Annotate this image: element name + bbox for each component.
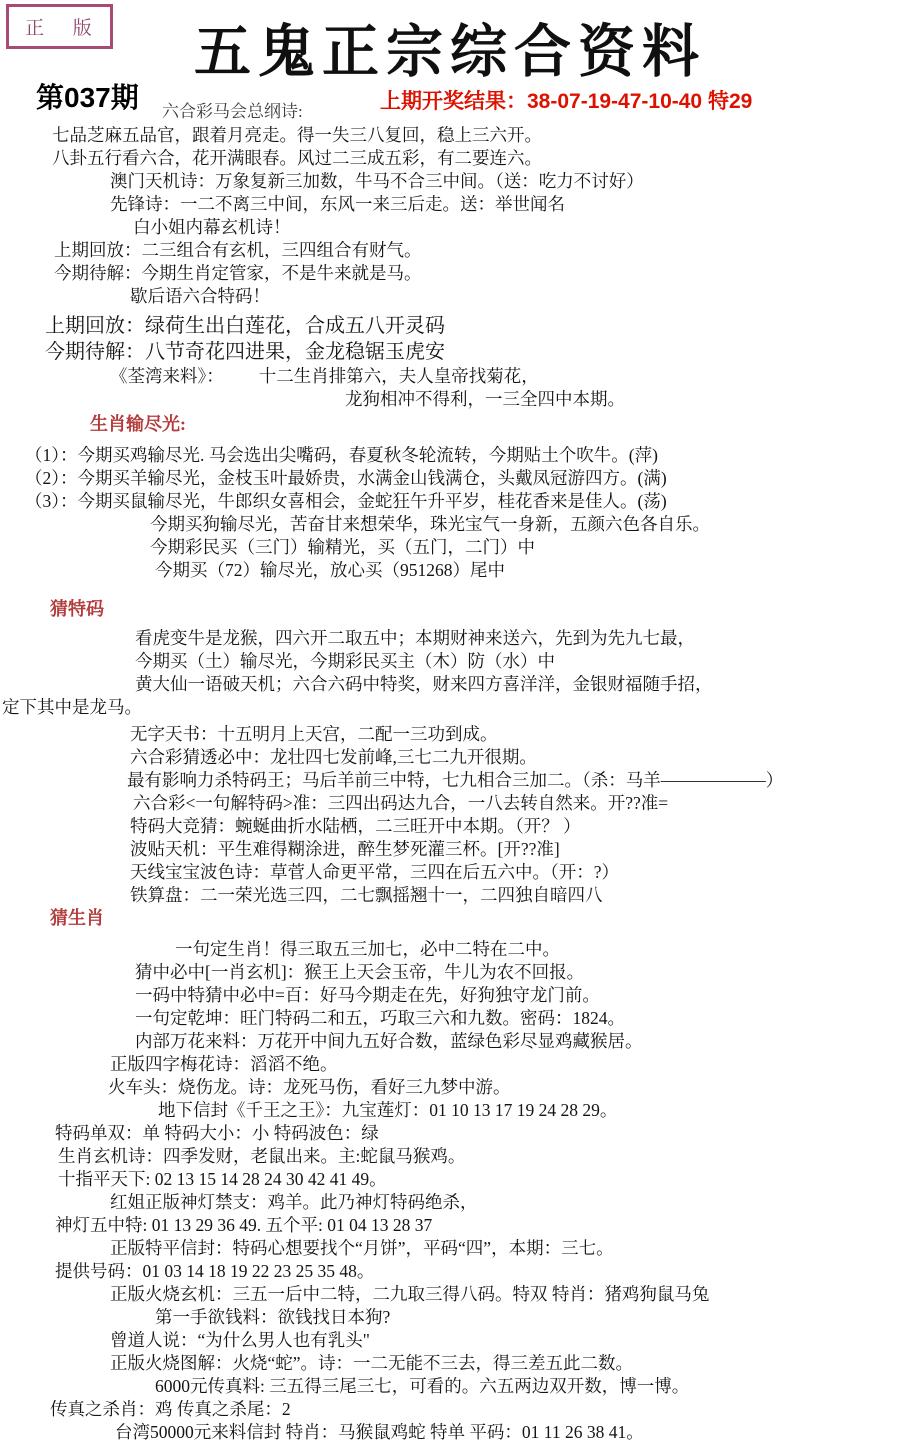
text-line: 正版四字梅花诗：滔滔不绝。 [0, 1053, 900, 1076]
text-line: 上期回放：绿荷生出白莲花，合成五八开灵码 [0, 313, 900, 339]
text-line: 十指平天下: 02 13 15 14 28 24 30 42 41 49。 [0, 1168, 900, 1191]
content-lines: 七品芝麻五品官，跟着月亮走。得一失三八复回，稳上三六开。八卦五行看六合，花开满眼… [0, 124, 900, 1444]
text-line: 一码中特猜中必中=百：好马今期走在先，好狗独守龙门前。 [0, 984, 900, 1007]
text-line: 今期买（72）输尽光，放心买（951268）尾中 [0, 559, 900, 582]
text-line: 最有影响力杀特码王；马后羊前三中特，七九相合三加二。（杀：马羊——————） [0, 769, 900, 792]
text-line: 看虎变牛是龙猴，四六开二取五中；本期财神来送六，先到为先九七最， [0, 627, 900, 650]
text-line: 特码单双：单 特码大小：小 特码波色：绿 [0, 1122, 900, 1145]
text-line: 六合彩<一句解特码>准：三四出码达九合，一八去转自然来。开??准= [0, 792, 900, 815]
text-line: 黄大仙一语破天机；六合六码中特奖，财来四方喜洋洋，金银财福随手招， [0, 673, 900, 696]
text-line: 生肖玄机诗：四季发财，老鼠出来。主:蛇鼠马猴鸡。 [0, 1145, 900, 1168]
text-line: 提供号码：01 03 14 18 19 22 23 25 35 48。 [0, 1260, 900, 1283]
text-line: （3）：今期买鼠输尽光，牛郎织女喜相会，金蛇狂午升平岁，桂花香来是佳人。(荡) [0, 490, 900, 513]
text-line: 地下信封《千王之王》：九宝莲灯：01 10 13 17 19 24 28 29。 [0, 1099, 900, 1122]
text-line: 一句定乾坤：旺门特码二和五，巧取三六和九数。密码：1824。 [0, 1007, 900, 1030]
text-line: 白小姐内幕玄机诗！ [0, 216, 900, 239]
text-line: （2）：今期买羊输尽光，金枝玉叶最娇贵，水满金山钱满仓，头戴凤冠游四方。(满) [0, 467, 900, 490]
page-title: 五鬼正宗综合资料 [194, 6, 706, 88]
text-line: 七品芝麻五品官，跟着月亮走。得一失三八复回，稳上三六开。 [0, 124, 900, 147]
text-line: 一句定生肖！得三取五三加七，必中二特在二中。 [0, 938, 900, 961]
last-draw-result: 上期开奖结果：38-07-19-47-10-40 特29 [380, 85, 752, 115]
text-line: 先锋诗：一二不离三中间，东风一来三后走。送：举世闻名 [0, 193, 900, 216]
section-heading: 生肖输尽光: [0, 413, 900, 436]
text-line: 今期买（土）输尽光，今期彩民买主（木）防（水）中 [0, 650, 900, 673]
text-line: 红姐正版神灯禁支：鸡羊。此乃神灯特码绝杀， [0, 1191, 900, 1214]
text-line: 今期买狗输尽光，苦奋甘来想荣华，珠光宝气一身新，五颜六色各自乐。 [0, 513, 900, 536]
text-line: 6000元传真料: 三五得三尾三七，可看的。六五两边双开数，博一博。 [0, 1375, 900, 1398]
text-line: 内部万花来料：万花开中间九五好合数，蓝绿色彩尽显鸡藏猴居。 [0, 1030, 900, 1053]
text-line: 神灯五中特: 01 13 29 36 49. 五个平: 01 04 13 28 … [0, 1214, 900, 1237]
text-line: 正版火烧玄机：三五一后中二特，二九取三得八码。特双 特肖：猪鸡狗鼠马兔 [0, 1283, 900, 1306]
text-line: 天线宝宝波色诗：草菅人命更平常，三四在后五六中。（开：?） [0, 861, 900, 884]
text-line: 火车头：烧伤龙。诗：龙死马伤，看好三九梦中游。 [0, 1076, 900, 1099]
text-line: 六合彩猜透必中：龙壮四七发前峰,三七二九开很期。 [0, 746, 900, 769]
issue-number: 第037期 [36, 76, 139, 116]
text-line: 今期待解：今期生肖定管家，不是牛来就是马。 [0, 262, 900, 285]
text-line: 特码大竞猜：蜿蜒曲折水陆栖，二三旺开中本期。（开？ ） [0, 815, 900, 838]
edition-badge-label: 正 版 [25, 18, 104, 39]
text-line: 正版特平信封：特码心想要找个“月饼”，平码“四”，本期：三七。 [0, 1237, 900, 1260]
text-line: 歇后语六合特码！ [0, 285, 900, 308]
text-line: 无字天书：十五明月上天宫，二配一三功到成。 [0, 723, 900, 746]
text-line: （1）：今期买鸡输尽光. 马会选出尖嘴码，春夏秋冬轮流转，今期贴土个吹牛。(萍) [0, 444, 900, 467]
text-line: 今期待解：八节奇花四进果，金龙稳锯玉虎安 [0, 339, 900, 365]
text-line: 《荃湾来料》： 十二生肖排第六，夫人皇帝找菊花， [0, 365, 900, 388]
text-line: 澳门天机诗：万象复新三加数，牛马不合三中间。（送：吃力不讨好） [0, 170, 900, 193]
text-line: 波贴天机：平生难得糊涂进，醉生梦死灌三杯。[开??准] [0, 838, 900, 861]
text-line: 上期回放：二三组合有玄机，三四组合有财气。 [0, 239, 900, 262]
text-line: 定下其中是龙马。 [0, 696, 900, 719]
text-line: 台湾50000元来料信封 特肖：马猴鼠鸡蛇 特单 平码：01 11 26 38 … [0, 1421, 900, 1444]
text-line: 今期彩民买（三门）输精光，买（五门，二门）中 [0, 536, 900, 559]
edition-badge: 正 版 [6, 4, 113, 49]
masthead-label: 六合彩马会总纲诗: [162, 97, 303, 122]
text-line: 第一手欲钱料：欲钱找日本狗? [0, 1306, 900, 1329]
section-heading: 猜生肖 [0, 907, 900, 930]
text-line: 传真之杀肖：鸡 传真之杀尾：2 [0, 1398, 900, 1421]
section-heading: 猜特码 [0, 598, 900, 621]
text-line: 龙狗相冲不得利，一三全四中本期。 [0, 388, 900, 411]
text-line: 八卦五行看六合，花开满眼春。风过二三成五彩，有二要连六。 [0, 147, 900, 170]
text-line: 曾道人说：“为什么男人也有乳头" [0, 1329, 900, 1352]
text-line: 正版火烧图解：火烧“蛇”。诗：一二无能不三去，得三差五此二数。 [0, 1352, 900, 1375]
text-line: 铁算盘：二一荣光选三四，二七飘摇翘十一，二四独自暗四八 [0, 884, 900, 907]
page: 正 版 五鬼正宗综合资料 第037期 六合彩马会总纲诗: 上期开奖结果：38-0… [0, 0, 900, 1445]
text-line: 猜中必中[一肖玄机]：猴王上天会玉帝，牛儿为农不回报。 [0, 961, 900, 984]
